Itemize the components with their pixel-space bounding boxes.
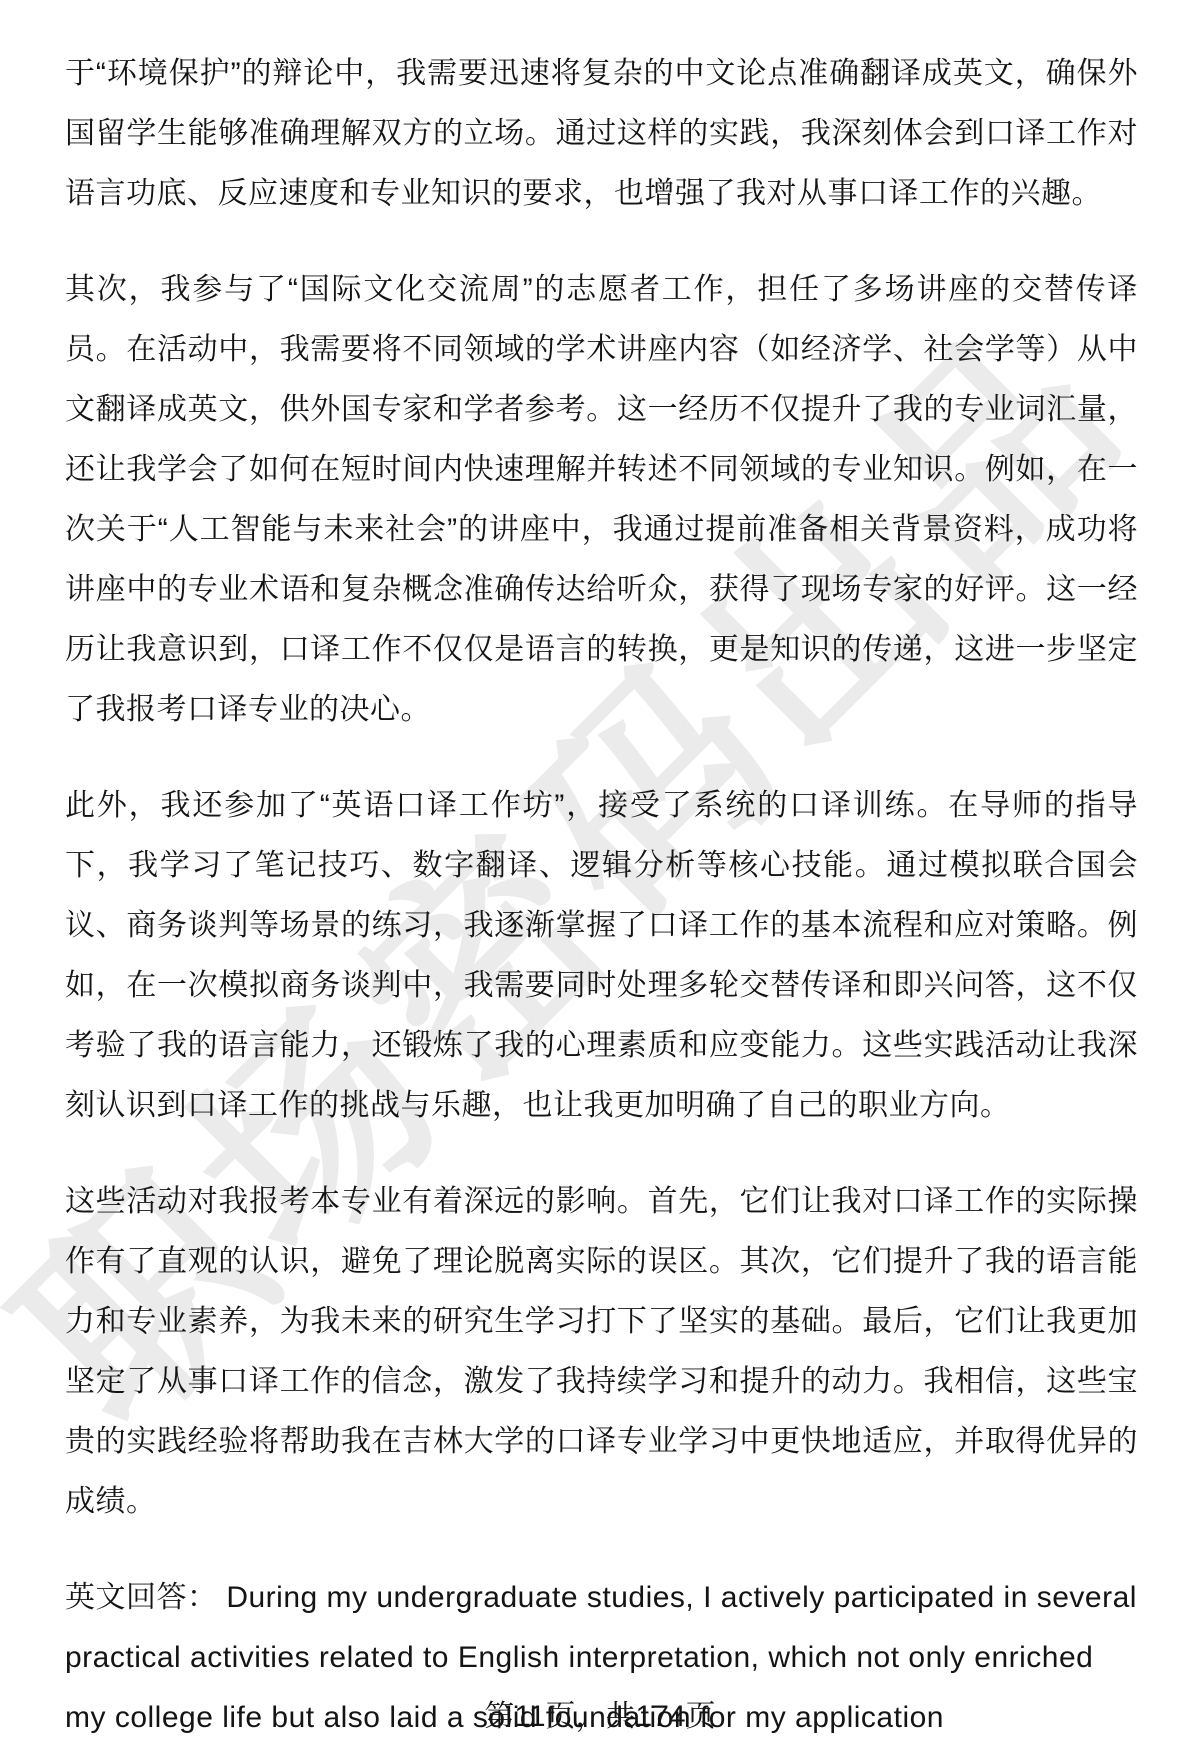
paragraph-2: 其次，我参与了“国际文化交流周”的志愿者工作，担任了多场讲座的交替传译员。在活动… <box>65 260 1138 740</box>
paragraph-3: 此外，我还参加了“英语口译工作坊”，接受了系统的口译训练。在导师的指导下，我学习… <box>65 776 1138 1136</box>
page-number: 第11页，共174页 <box>0 1691 1200 1735</box>
document-page: 职场密码出品 于“环境保护”的辩论中，我需要迅速将复杂的中文论点准确翻译成英文，… <box>0 0 1200 1755</box>
document-body: 于“环境保护”的辩论中，我需要迅速将复杂的中文论点准确翻译成英文，确保外国留学生… <box>0 0 1200 1748</box>
paragraph-1: 于“环境保护”的辩论中，我需要迅速将复杂的中文论点准确翻译成英文，确保外国留学生… <box>65 44 1138 224</box>
paragraph-4: 这些活动对我报考本专业有着深远的影响。首先，它们让我对口译工作的实际操作有了直观… <box>65 1172 1138 1532</box>
